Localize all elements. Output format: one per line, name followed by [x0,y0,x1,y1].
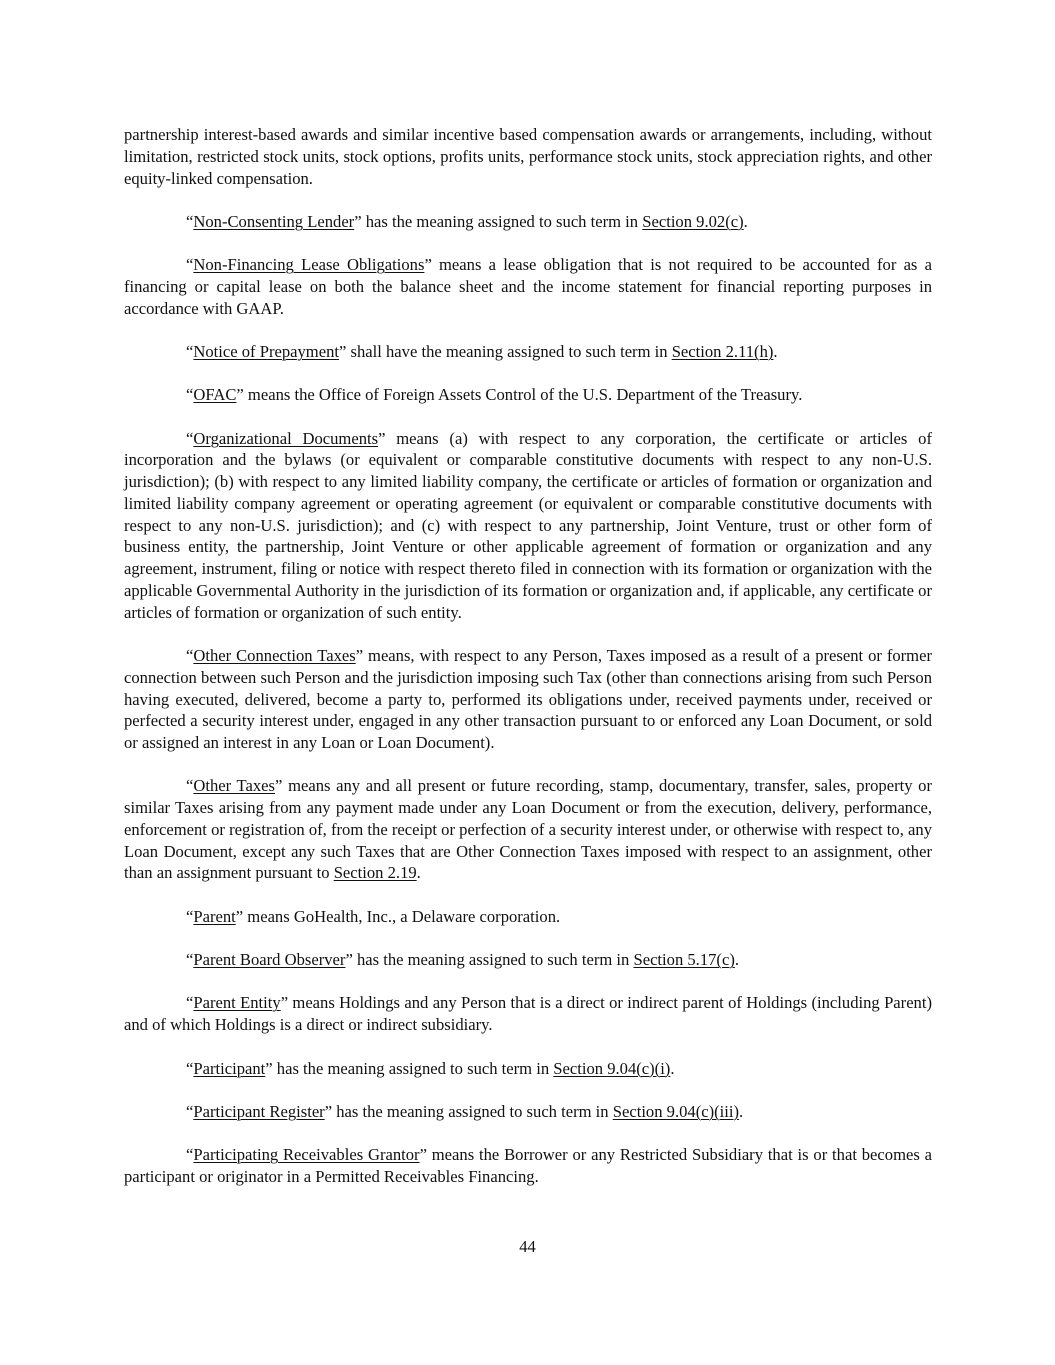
definition-participant: “Participant” has the meaning assigned t… [124,1058,932,1080]
defined-term: Participant Register [193,1102,324,1121]
defined-term: Notice of Prepayment [193,342,339,361]
definition-participating-receivables-grantor: “Participating Receivables Grantor” mean… [124,1144,932,1188]
definition-other-connection-taxes: “Other Connection Taxes” means, with res… [124,645,932,754]
section-reference: Section 2.19 [334,863,417,882]
defined-term: Non-Consenting Lender [193,212,354,231]
defined-term: Organizational Documents [193,429,378,448]
defined-term: Other Connection Taxes [193,646,355,665]
definition-other-taxes: “Other Taxes” means any and all present … [124,775,932,884]
definition-ofac: “OFAC” means the Office of Foreign Asset… [124,384,932,406]
definition-parent-entity: “Parent Entity” means Holdings and any P… [124,992,932,1036]
defined-term: Participant [193,1059,265,1078]
defined-term: OFAC [193,385,236,404]
defined-term: Parent Board Observer [193,950,345,969]
paragraph-text: partnership interest-based awards and si… [124,125,932,188]
document-page: partnership interest-based awards and si… [124,124,932,1209]
section-reference: Section 2.11(h) [672,342,774,361]
definition-organizational-documents: “Organizational Documents” means (a) wit… [124,428,932,624]
definition-non-financing-lease-obligations: “Non-Financing Lease Obligations” means … [124,254,932,319]
definition-non-consenting-lender: “Non-Consenting Lender” has the meaning … [124,211,932,233]
definition-parent: “Parent” means GoHealth, Inc., a Delawar… [124,906,932,928]
defined-term: Parent Entity [193,993,280,1012]
paragraph-continuation: partnership interest-based awards and si… [124,124,932,189]
definition-parent-board-observer: “Parent Board Observer” has the meaning … [124,949,932,971]
section-reference: Section 9.04(c)(iii) [613,1102,739,1121]
section-reference: Section 9.04(c)(i) [553,1059,670,1078]
section-reference: Section 9.02(c) [642,212,743,231]
definition-participant-register: “Participant Register” has the meaning a… [124,1101,932,1123]
defined-term: Participating Receivables Grantor [193,1145,419,1164]
defined-term: Other Taxes [193,776,275,795]
page-number: 44 [0,1237,1055,1257]
defined-term: Parent [193,907,235,926]
defined-term: Non-Financing Lease Obligations [193,255,424,274]
section-reference: Section 5.17(c) [633,950,734,969]
definition-notice-of-prepayment: “Notice of Prepayment” shall have the me… [124,341,932,363]
